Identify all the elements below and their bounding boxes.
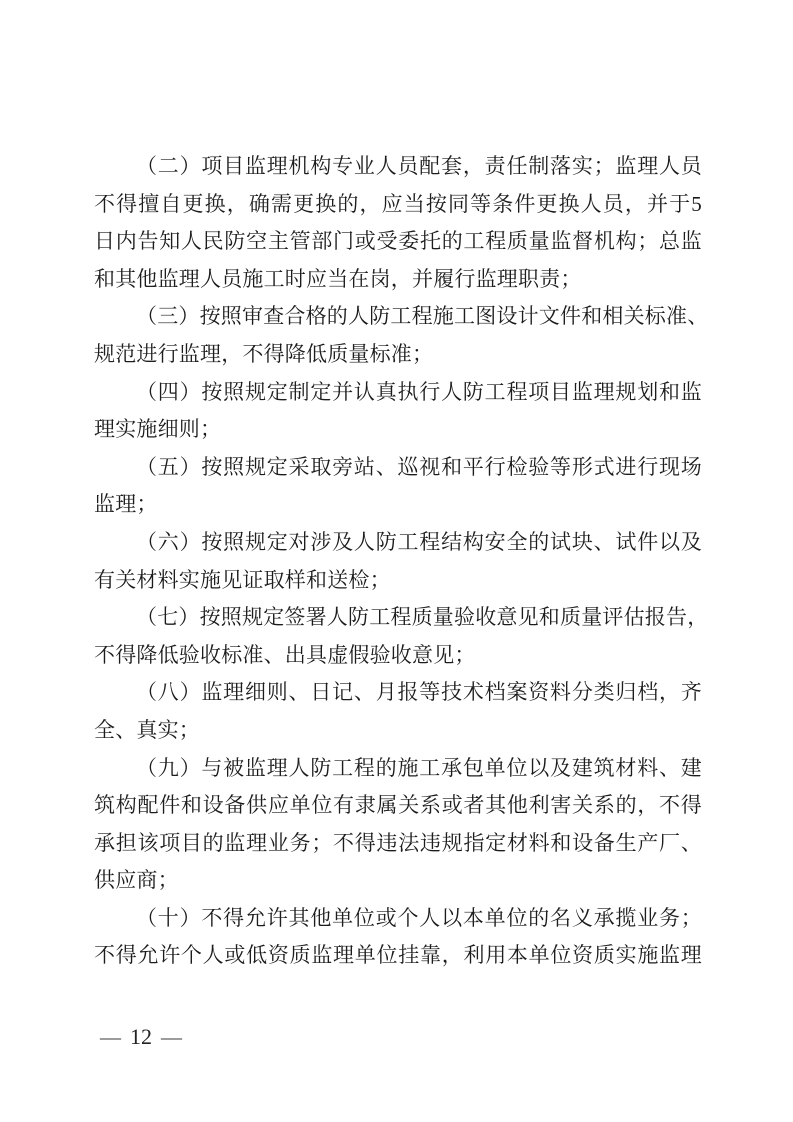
paragraph-item-2-line-4: 和其他监理人员施工时应当在岗，并履行监理职责； xyxy=(94,261,702,299)
paragraph-item-5-line-1: （五）按照规定采取旁站、巡视和平行检验等形式进行现场 xyxy=(94,449,702,487)
paragraph-item-6-line-1: （六）按照规定对涉及人防工程结构安全的试块、试件以及 xyxy=(94,524,702,562)
paragraph-item-8-line-2: 全、真实； xyxy=(94,712,702,750)
paragraph-item-4-line-1: （四）按照规定制定并认真执行人防工程项目监理规划和监 xyxy=(94,374,702,412)
paragraph-item-9-line-4: 供应商； xyxy=(94,862,702,900)
paragraph-item-2-line-2: 不得擅自更换，确需更换的，应当按同等条件更换人员，并于5 xyxy=(94,186,702,224)
paragraph-item-2-line-3: 日内告知人民防空主管部门或受委托的工程质量监督机构；总监 xyxy=(94,223,702,261)
paragraph-item-10-line-2: 不得允许个人或低资质监理单位挂靠，利用本单位资质实施监理 xyxy=(94,937,702,975)
page-number: 12 xyxy=(130,1024,152,1050)
document-page: （二）项目监理机构专业人员配套，责任制落实；监理人员不得擅自更换，确需更换的，应… xyxy=(0,0,793,1122)
footer-left-dash: — xyxy=(100,1025,121,1050)
paragraph-item-7-line-1: （七）按照规定签署人防工程质量验收意见和质量评估报告， xyxy=(94,599,702,637)
paragraph-item-4-line-2: 理实施细则； xyxy=(94,411,702,449)
paragraph-item-3-line-2: 规范进行监理，不得降低质量标准； xyxy=(94,336,702,374)
footer-right-dash: — xyxy=(161,1025,182,1050)
paragraph-item-8-line-1: （八）监理细则、日记、月报等技术档案资料分类归档，齐 xyxy=(94,674,702,712)
paragraph-item-2-line-1: （二）项目监理机构专业人员配套，责任制落实；监理人员 xyxy=(94,148,702,186)
paragraph-item-6-line-2: 有关材料实施见证取样和送检； xyxy=(94,562,702,600)
paragraph-item-3-line-1: （三）按照审查合格的人防工程施工图设计文件和相关标准、 xyxy=(94,298,702,336)
paragraph-item-10-line-1: （十）不得允许其他单位或个人以本单位的名义承揽业务； xyxy=(94,900,702,938)
paragraph-item-5-line-2: 监理； xyxy=(94,486,702,524)
page-footer: — 12 — xyxy=(100,1024,182,1050)
paragraph-item-9-line-3: 承担该项目的监理业务；不得违法违规指定材料和设备生产厂、 xyxy=(94,825,702,863)
document-body: （二）项目监理机构专业人员配套，责任制落实；监理人员不得擅自更换，确需更换的，应… xyxy=(94,148,702,975)
paragraph-item-9-line-2: 筑构配件和设备供应单位有隶属关系或者其他利害关系的，不得 xyxy=(94,787,702,825)
paragraph-item-9-line-1: （九）与被监理人防工程的施工承包单位以及建筑材料、建 xyxy=(94,750,702,788)
paragraph-item-7-line-2: 不得降低验收标准、出具虚假验收意见； xyxy=(94,637,702,675)
